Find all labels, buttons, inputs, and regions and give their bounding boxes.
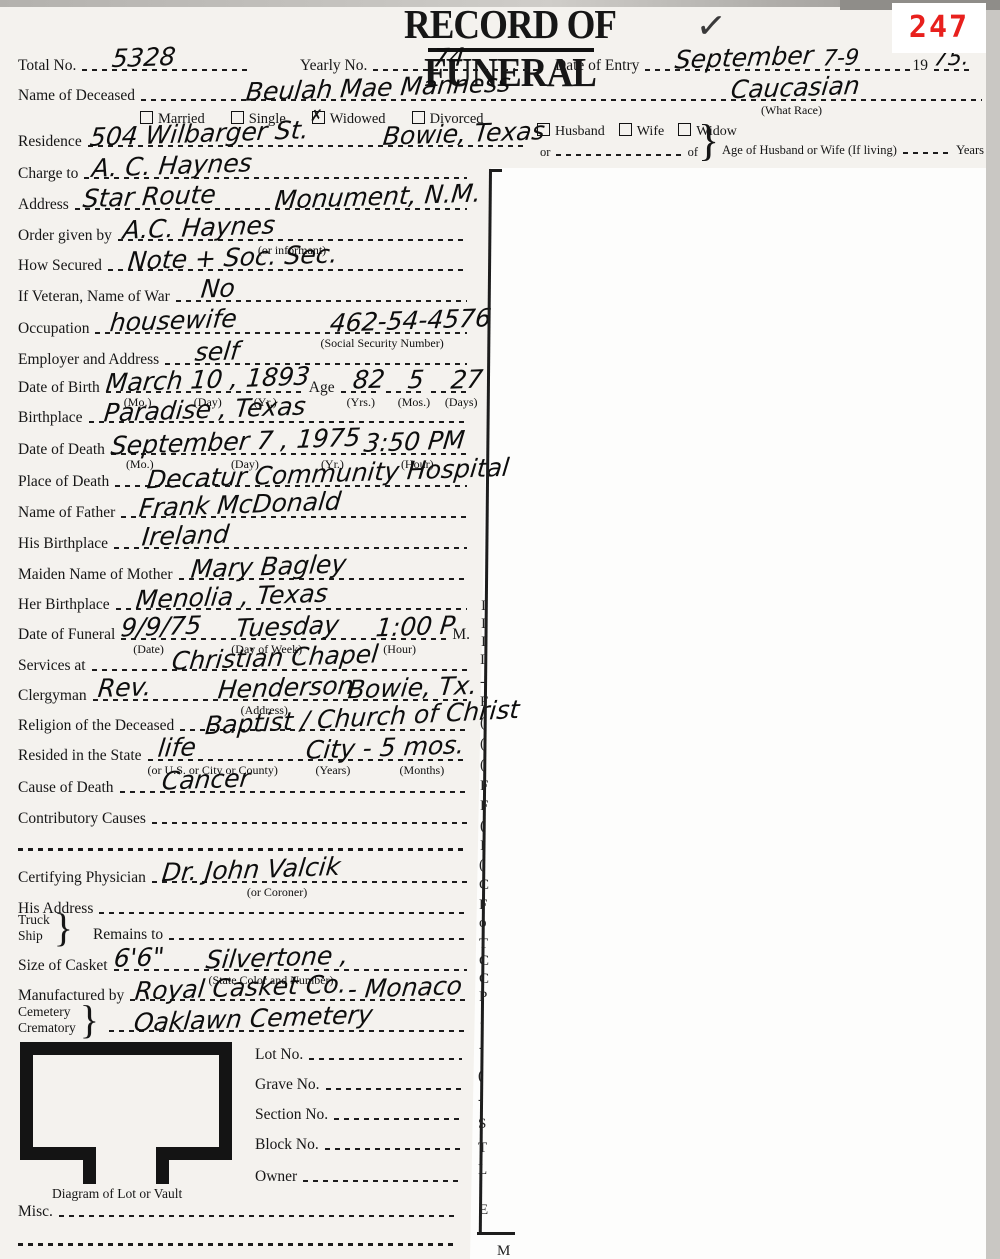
handwritten-value: Royal Casket Co.	[134, 972, 348, 1004]
handwritten-value: Oaklawn Cemetery	[133, 1002, 374, 1035]
sub-label: (Date)	[133, 642, 164, 657]
dotted-line: 75.	[934, 69, 972, 72]
handwritten-value: Menolia , Texas	[134, 581, 328, 613]
dotted-line: Menolia , Texas	[116, 608, 467, 611]
handwritten-value: Rev.	[96, 674, 152, 701]
dotted-line: 5328	[82, 69, 250, 72]
cutoff-letter: (	[480, 736, 485, 753]
field-cause-of-death: Cause of Death Cancer	[18, 780, 470, 796]
dotted-line: Christian Chapel	[92, 669, 467, 672]
brace: }	[54, 913, 73, 943]
dotted-line: 504 Wilbarger St. Bowie, Texas	[88, 145, 527, 148]
checkbox-icon	[619, 123, 632, 136]
field-services-at: Services at Christian Chapel	[18, 658, 470, 674]
field-label: Date of Birth	[18, 380, 100, 396]
dotted-line: No	[176, 300, 467, 303]
checkbox-checked-icon: ✗	[312, 111, 325, 124]
field-her-birthplace: Her Birthplace Menolia , Texas	[18, 597, 470, 613]
handwritten-hour: 3:50 PM	[363, 427, 466, 456]
field-owner: Owner	[255, 1169, 465, 1185]
field-label: Services at	[18, 658, 86, 674]
cemetery-label: Cemetery	[18, 1004, 76, 1020]
cutoff-letter: F	[480, 694, 488, 711]
field-label: Clergyman	[18, 688, 87, 704]
field-label: Contributory Causes	[18, 811, 146, 827]
scanned-funeral-record: RECORD OF FUNERAL ✓ 247 Total No. 5328 Y…	[0, 0, 1000, 1259]
field-total-no: Total No. 5328	[18, 58, 253, 74]
field-remains-to: Truck Ship } Remains to	[18, 912, 470, 943]
field-label: Size of Casket	[18, 958, 108, 974]
cutoff-letter: o	[479, 915, 487, 932]
field-his-birthplace: His Birthplace Ireland	[18, 536, 470, 552]
dotted-line: housewife 462-54-4576 (Social Security N…	[95, 332, 467, 335]
field-section-no: Section No.	[255, 1107, 465, 1123]
handwritten-value: 82	[351, 367, 385, 393]
field-label: Grave No.	[255, 1077, 320, 1093]
cutoff-letter: I	[480, 838, 485, 855]
handwritten-value: Bowie, Texas	[381, 118, 545, 149]
dotted-line: 9/9/75 Tuesday 1:00 P (Date) (Day of Wee…	[121, 638, 449, 641]
field-label: Resided in the State	[18, 748, 142, 764]
dotted-line	[903, 152, 953, 155]
brace: }	[698, 121, 719, 161]
cutoff-letter: I	[481, 598, 486, 615]
handwritten-value: Note + Soc. Sec.	[127, 242, 339, 274]
handwritten-value: 1:00 P	[375, 613, 457, 641]
cutoff-letter: -	[479, 1040, 484, 1057]
field-lot-no: Lot No.	[255, 1047, 465, 1063]
or-label: or	[540, 146, 550, 159]
dotted-line: Note + Soc. Sec.	[108, 269, 467, 272]
field-label: Date of Funeral	[18, 627, 115, 643]
diagram-leg	[156, 1147, 169, 1184]
field-label: Residence	[18, 134, 82, 150]
field-label: Yearly No.	[300, 58, 367, 74]
field-occupation: Occupation housewife 462-54-4576 (Social…	[18, 321, 470, 337]
field-label: Owner	[255, 1169, 297, 1185]
field-label: Remains to	[93, 927, 163, 943]
field-label: If Veteran, Name of War	[18, 289, 170, 305]
handwritten-value: 74	[432, 45, 466, 71]
diagram-edge	[20, 1042, 33, 1160]
dotted-line: 82 (Yrs.)	[341, 391, 377, 394]
cutoff-letter: M	[497, 1243, 510, 1259]
handwritten-value: March 10 , 1893	[105, 364, 311, 396]
dotted-line	[309, 1058, 462, 1061]
cutoff-letter: F	[480, 798, 488, 815]
handwritten-value: A.C. Haynes	[122, 213, 277, 243]
page-number-box: 247	[892, 3, 986, 53]
of-label: of	[688, 146, 698, 159]
sub-label: (What Race)	[761, 103, 822, 118]
cutoff-letter: C	[479, 953, 489, 970]
handwritten-value: housewife	[109, 306, 239, 336]
cutoff-letter: T	[478, 1140, 487, 1157]
x-mark-icon: ✗	[310, 106, 323, 125]
ship-label: Ship	[18, 928, 50, 944]
dotted-line: A. C. Haynes	[84, 177, 467, 180]
cutoff-letter: E	[479, 1202, 488, 1219]
dotted-line: life City - 5 mos. (or U.S. or City or C…	[148, 759, 467, 762]
dotted-line	[18, 1243, 453, 1246]
checkbox-icon	[678, 123, 691, 136]
handwritten-value: self	[194, 338, 241, 365]
handwritten-value: Christian Chapel	[170, 642, 379, 674]
handwritten-value: 6'6"	[112, 944, 165, 971]
field-resided-in-state: Resided in the State life City - 5 mos. …	[18, 748, 470, 764]
truck-ship-label: Truck Ship	[18, 912, 50, 943]
checkbox-label: Husband	[555, 124, 605, 139]
sub-label: (Mos.)	[398, 395, 430, 410]
field-charge-to: Charge to A. C. Haynes	[18, 166, 470, 182]
sub-label: (Hour)	[383, 642, 416, 657]
diagram-edge	[219, 1042, 232, 1160]
field-label: Maiden Name of Mother	[18, 567, 173, 583]
sub-label: (Yrs.)	[347, 395, 375, 410]
dotted-line	[325, 1148, 462, 1151]
handwritten-value: Henderson	[216, 673, 354, 703]
field-cemetery: Cemetery Crematory } Oaklawn Cemetery	[18, 1004, 470, 1035]
cutoff-letter: F	[479, 897, 487, 914]
dotted-line	[326, 1088, 462, 1091]
handwritten-value: 5	[406, 367, 425, 393]
dotted-line: 5 (Mos.)	[386, 391, 422, 394]
sub-label: (Days)	[445, 395, 478, 410]
field-birthplace: Birthplace Paradise , Texas	[18, 410, 470, 426]
field-label: Block No.	[255, 1137, 319, 1153]
handwritten-value: A. C. Haynes	[91, 150, 254, 181]
handwritten-race: Caucasian	[730, 73, 861, 103]
handwritten-value: Monument, N.M.	[274, 181, 483, 213]
cutoff-letter: -	[480, 674, 485, 691]
handwritten-ssn: 462-54-4576	[329, 305, 493, 336]
field-name-of-father: Name of Father Frank McDonald	[18, 505, 470, 521]
cutoff-letter: P	[479, 989, 487, 1006]
field-place-of-death: Place of Death Decatur Community Hospita…	[18, 474, 470, 490]
age-label: Age	[309, 380, 335, 396]
dotted-line	[556, 154, 684, 157]
checkbox-label: Widowed	[330, 111, 386, 127]
handwritten-value: Paradise , Texas	[102, 394, 306, 426]
dotted-line: Decatur Community Hospital	[115, 485, 467, 488]
field-certifying-physician: Certifying Physician Dr. John Valcik (or…	[18, 870, 470, 886]
checkbox-wife: Wife	[619, 122, 664, 140]
field-label: Total No.	[18, 58, 76, 74]
field-label: Address	[18, 197, 69, 213]
divider-top-hook	[489, 169, 502, 172]
field-label: Lot No.	[255, 1047, 303, 1063]
field-name-of-deceased: Name of Deceased Beulah Mae Manness Cauc…	[18, 88, 985, 104]
handwritten-value: 27	[450, 367, 484, 393]
cemetery-crematory-label: Cemetery Crematory	[18, 1004, 76, 1035]
handwritten-value: Tuesday	[235, 612, 341, 641]
truck-label: Truck	[18, 912, 50, 928]
sub-label: (Months)	[400, 763, 445, 778]
scan-edge-right	[986, 0, 1000, 1259]
handwritten-value: Beulah Mae Manness	[245, 71, 512, 105]
handwritten-value: 7-9	[822, 48, 860, 71]
checkbox-widowed: ✗Widowed	[312, 110, 386, 128]
diagram-leg	[83, 1147, 96, 1184]
field-label: Employer and Address	[18, 352, 159, 368]
field-label: Occupation	[18, 321, 89, 337]
field-label: Order given by	[18, 228, 112, 244]
handwritten-value: September	[674, 43, 815, 73]
field-label: Date of Entry	[555, 58, 639, 74]
dotted-line: Paradise , Texas	[89, 421, 467, 424]
checkbox-icon	[537, 123, 550, 136]
sub-label: (Years)	[316, 763, 351, 778]
cutoff-letter: (	[480, 757, 485, 774]
field-label: Section No.	[255, 1107, 328, 1123]
field-grave-no: Grave No.	[255, 1077, 465, 1093]
cutoff-letter: S	[478, 1116, 486, 1133]
dotted-line: Oaklawn Cemetery	[109, 1030, 467, 1033]
dotted-line	[152, 822, 467, 825]
cutoff-letter: T	[479, 936, 488, 953]
cutoff-letter: I	[480, 652, 485, 669]
field-contributory-causes: Contributory Causes	[18, 811, 470, 827]
dotted-line: Dr. John Valcik (or Coroner)	[152, 881, 467, 884]
field-label: Birthplace	[18, 410, 83, 426]
handwritten-value: Cancer	[160, 766, 251, 794]
handwritten-value: September 7 , 1975	[110, 425, 362, 459]
dotted-line: September 7-9	[645, 69, 909, 72]
handwritten-value: Ireland	[141, 522, 231, 550]
dotted-line: 27 (Days)	[431, 391, 467, 394]
handwritten-value: - Monaco	[347, 973, 464, 1002]
field-label: Age of Husband or Wife (If living)	[722, 144, 897, 157]
misc-continuation-line	[18, 1243, 456, 1249]
field-misc: Misc.	[18, 1204, 460, 1220]
dotted-line: Royal Casket Co. - Monaco	[130, 999, 467, 1002]
crematory-label: Crematory	[18, 1020, 76, 1036]
dotted-line	[169, 938, 467, 941]
field-how-secured: How Secured Note + Soc. Sec.	[18, 258, 470, 274]
dotted-line	[303, 1180, 462, 1183]
handwritten-value: life	[156, 735, 197, 761]
field-label: Name of Father	[18, 505, 115, 521]
dotted-line	[18, 848, 467, 851]
sub-label: (or Coroner)	[247, 885, 307, 900]
handwritten-value: 5328	[111, 44, 177, 71]
dotted-line: Ireland	[114, 547, 467, 550]
handwritten-value: 9/9/75	[120, 613, 203, 641]
handwritten-check-icon: ✓	[694, 5, 728, 49]
dotted-line: Frank McDonald	[121, 516, 467, 519]
years-label: Years	[956, 144, 984, 157]
field-block-no: Block No.	[255, 1137, 465, 1153]
field-date-of-entry: Date of Entry September 7-9 19 75.	[555, 58, 975, 74]
field-label: Her Birthplace	[18, 597, 110, 613]
handwritten-value: City - 5 mos.	[304, 732, 465, 763]
dotted-line: Cancer	[120, 791, 467, 794]
dotted-line	[334, 1118, 462, 1121]
checkbox-label: Wife	[637, 124, 664, 139]
lot-vault-diagram	[20, 1042, 232, 1184]
divider-bottom-hook	[477, 1232, 515, 1235]
cutoff-letter: (	[480, 818, 485, 835]
blank-continuation-line	[18, 848, 470, 854]
field-label: Misc.	[18, 1204, 53, 1220]
cutoff-letter: C	[479, 971, 489, 988]
year-prefix: 19	[913, 58, 929, 74]
cutoff-letter: I	[481, 616, 486, 633]
dotted-line: Beulah Mae Manness Caucasian (What Race)	[141, 99, 982, 102]
cutoff-letter: C	[479, 877, 489, 894]
field-residence: Residence 504 Wilbarger St. Bowie, Texas	[18, 134, 530, 150]
cutoff-letter: (	[478, 1068, 483, 1085]
field-veteran-war: If Veteran, Name of War No	[18, 289, 470, 305]
cutoff-letter: (	[480, 715, 485, 732]
handwritten-value: Mary Bagley	[189, 552, 347, 583]
field-label: Cause of Death	[18, 780, 114, 796]
field-label: How Secured	[18, 258, 102, 274]
cutoff-letter: L	[478, 1162, 487, 1179]
page-number: 247	[892, 10, 986, 45]
cutoff-letter: F	[480, 778, 488, 795]
cutoff-letter: ·	[479, 1016, 484, 1033]
m-label: M.	[452, 627, 470, 643]
cutoff-letter: I	[481, 634, 486, 651]
handwritten-value: Silvertone ,	[204, 943, 349, 973]
field-age-of-spouse: Age of Husband or Wife (If living) Years	[722, 144, 984, 157]
dotted-line	[59, 1215, 457, 1218]
cutoff-letter: (	[479, 857, 484, 874]
field-label: Charge to	[18, 166, 78, 182]
field-label: Name of Deceased	[18, 88, 135, 104]
field-date-of-funeral: Date of Funeral 9/9/75 Tuesday 1:00 P (D…	[18, 627, 470, 643]
handwritten-value: 504 Wilbarger St.	[88, 117, 309, 150]
field-label: Certifying Physician	[18, 870, 146, 886]
brace: }	[80, 1005, 99, 1035]
checkbox-husband: Husband	[537, 122, 605, 140]
dotted-line: September 7 , 1975 3:50 PM (Mo.) (Day) (…	[111, 453, 467, 456]
field-label: His Birthplace	[18, 536, 108, 552]
field-label: Place of Death	[18, 474, 109, 490]
diagram-caption: Diagram of Lot or Vault	[52, 1186, 182, 1202]
handwritten-value: Frank McDonald	[138, 489, 343, 521]
diagram-edge	[20, 1042, 232, 1055]
sub-label: (Social Security Number)	[320, 336, 443, 351]
field-label: Religion of the Deceased	[18, 718, 174, 734]
field-label: Date of Death	[18, 442, 105, 458]
field-label: Manufactured by	[18, 988, 124, 1004]
field-size-of-casket: Size of Casket 6'6" Silvertone , (State …	[18, 958, 470, 974]
handwritten-value: No	[200, 276, 237, 302]
cutoff-letter: -	[478, 1092, 483, 1109]
handwritten-value: Star Route	[82, 182, 217, 212]
handwritten-value: Dr. John Valcik	[161, 854, 342, 885]
spouse-or-of-line: or of	[540, 146, 698, 159]
